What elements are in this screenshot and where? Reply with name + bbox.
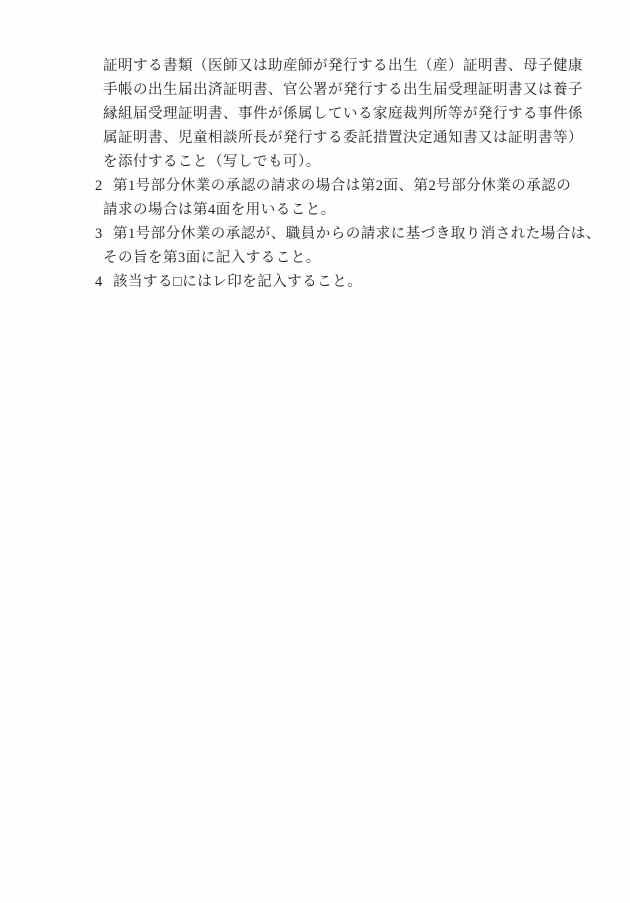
note-line: 4該当する□にはレ印を記入すること。 [95,270,585,294]
note-line-text: 該当する□にはレ印を記入すること。 [113,274,362,290]
note-line: 請求の場合は第4面を用いること。 [95,198,585,222]
note-line-text: 請求の場合は第4面を用いること。 [103,202,336,218]
note-line: 3第1号部分休業の承認が、職員からの請求に基づき取り消された場合は、 [95,222,585,246]
note-line-text: 手帳の出生届出済証明書、官公署が発行する出生届受理証明書又は養子 [103,82,583,98]
note-number: 4 [95,270,113,294]
note-line-text: 証明する書類（医師又は助産師が発行する出生（産）証明書、母子健康 [103,58,583,74]
note-number: 3 [95,222,113,246]
note-line-text: 第1号部分休業の承認が、職員からの請求に基づき取り消された場合は、 [113,226,601,242]
note-item-4: 4該当する□にはレ印を記入すること。 [95,270,585,294]
note-line-text: 縁組届受理証明書、事件が係属している家庭裁判所等が発行する事件係 [103,106,583,122]
note-item-2: 2第1号部分休業の承認の請求の場合は第2面、第2号部分休業の承認の 請求の場合は… [95,174,585,222]
note-item-3: 3第1号部分休業の承認が、職員からの請求に基づき取り消された場合は、 その旨を第… [95,222,585,270]
note-line: 証明する書類（医師又は助産師が発行する出生（産）証明書、母子健康 [95,54,585,78]
note-line-text: 第1号部分休業の承認の請求の場合は第2面、第2号部分休業の承認の [113,178,571,194]
note-line: 縁組届受理証明書、事件が係属している家庭裁判所等が発行する事件係 [95,102,585,126]
note-line-text: を添付すること（写しでも可）。 [103,154,321,170]
notes-block: 証明する書類（医師又は助産師が発行する出生（産）証明書、母子健康 手帳の出生届出… [95,54,585,294]
note-line: を添付すること（写しでも可）。 [95,150,585,174]
document-page: 証明する書類（医師又は助産師が発行する出生（産）証明書、母子健康 手帳の出生届出… [0,0,630,903]
note-number: 2 [95,174,113,198]
note-line: 2第1号部分休業の承認の請求の場合は第2面、第2号部分休業の承認の [95,174,585,198]
note-line-text: その旨を第3面に記入すること。 [103,250,321,266]
note-line: 属証明書、児童相談所長が発行する委託措置決定通知書又は証明書等） [95,126,585,150]
note-item-1-continuation: 証明する書類（医師又は助産師が発行する出生（産）証明書、母子健康 手帳の出生届出… [95,54,585,174]
note-line: その旨を第3面に記入すること。 [95,246,585,270]
note-line-text: 属証明書、児童相談所長が発行する委託措置決定通知書又は証明書等） [103,130,583,146]
note-line: 手帳の出生届出済証明書、官公署が発行する出生届受理証明書又は養子 [95,78,585,102]
